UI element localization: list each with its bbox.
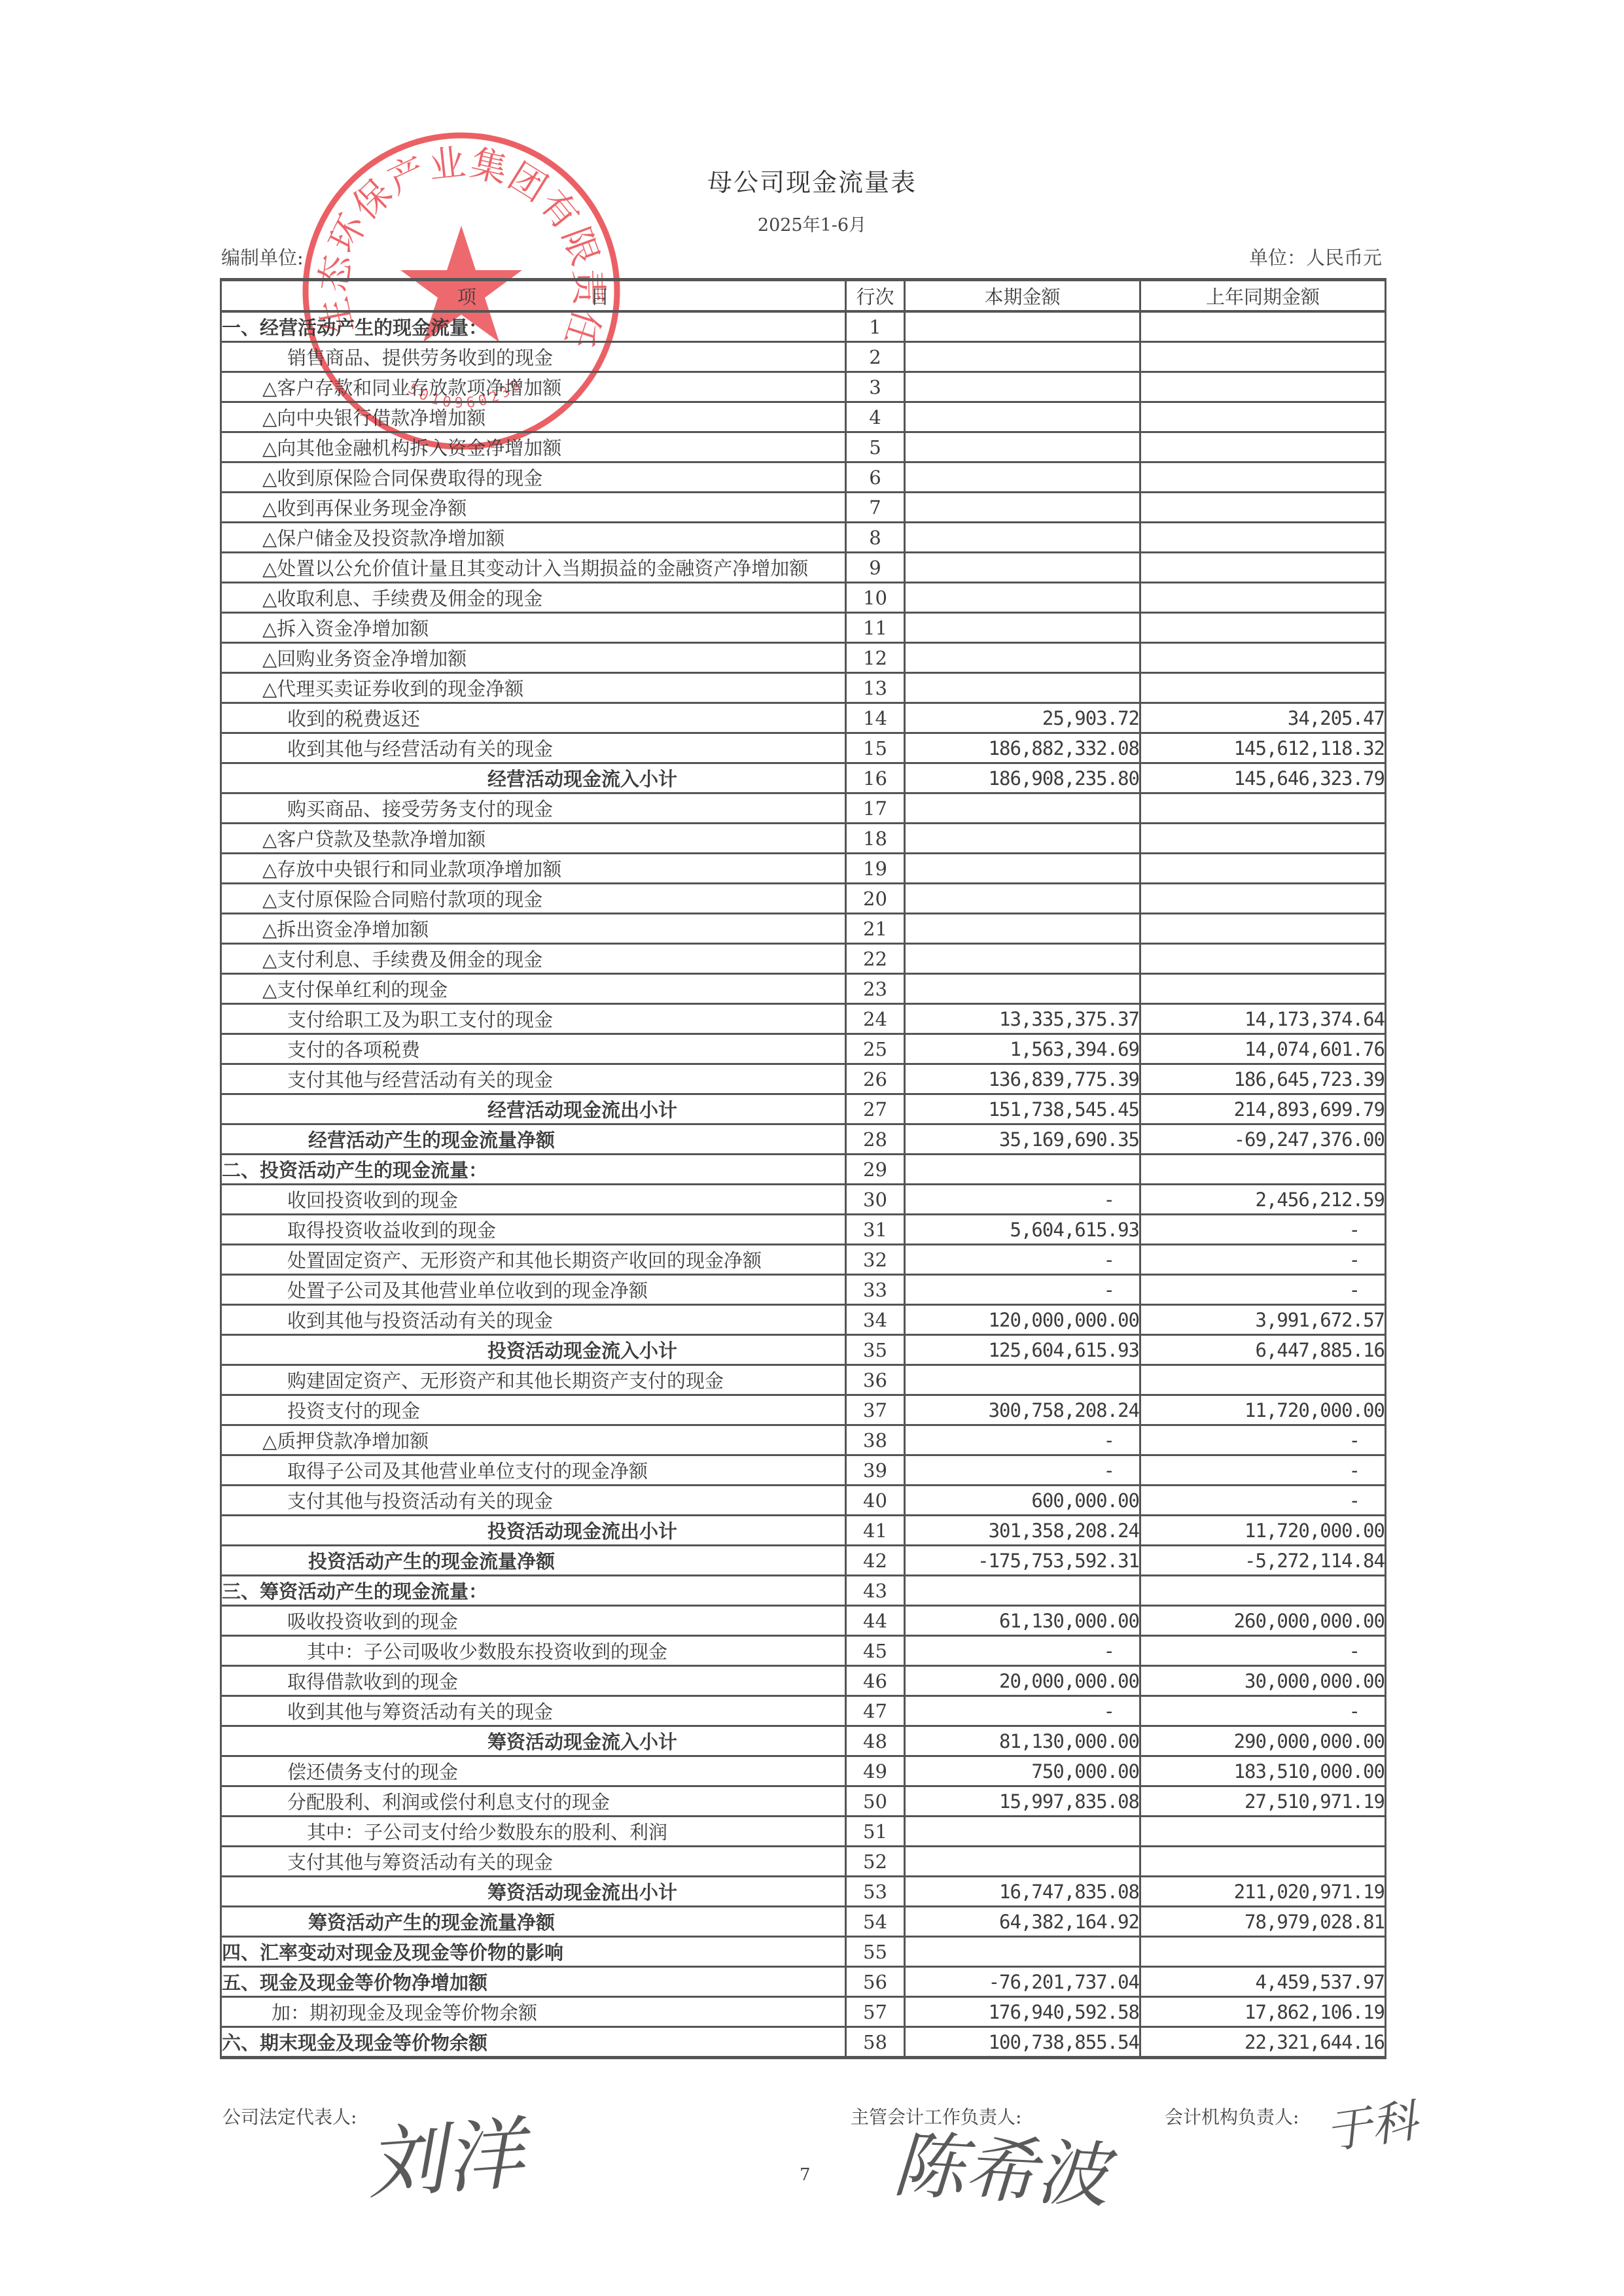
row-prior-amount: 145,646,323.79: [1140, 763, 1386, 793]
row-line-number: 12: [846, 643, 905, 673]
row-item-label: 支付其他与经营活动有关的现金: [221, 1064, 846, 1094]
row-prior-amount: -: [1140, 1215, 1386, 1245]
row-prior-amount: -69,247,376.00: [1140, 1124, 1386, 1155]
row-prior-amount: [1140, 854, 1386, 884]
row-line-number: 51: [846, 1817, 905, 1847]
row-item-label: 偿还债务支付的现金: [221, 1756, 846, 1786]
row-line-number: 26: [846, 1064, 905, 1094]
row-item-label: 收到其他与投资活动有关的现金: [221, 1305, 846, 1335]
row-item-label: 其中：子公司支付给少数股东的股利、利润: [221, 1817, 846, 1847]
report-period: 2025年1-6月: [0, 211, 1624, 236]
table-row: △处置以公允价值计量且其变动计入当期损益的金融资产净增加额9: [221, 553, 1386, 583]
table-row: △支付保单红利的现金23: [221, 974, 1386, 1004]
row-prior-amount: [1140, 1155, 1386, 1185]
row-line-number: 34: [846, 1305, 905, 1335]
currency-unit-label: 单位：人民币元: [1249, 243, 1382, 270]
legal-rep-signature: 刘洋: [362, 2091, 527, 2214]
row-line-number: 35: [846, 1335, 905, 1365]
table-row: 购建固定资产、无形资产和其他长期资产支付的现金36: [221, 1365, 1386, 1395]
table-row: 购买商品、接受劳务支付的现金17: [221, 793, 1386, 824]
row-current-amount: 81,130,000.00: [905, 1726, 1140, 1756]
table-row: 支付其他与筹资活动有关的现金52: [221, 1847, 1386, 1877]
row-prior-amount: [1140, 673, 1386, 703]
row-prior-amount: 22,321,644.16: [1140, 2027, 1386, 2058]
table-row: △回购业务资金净增加额12: [221, 643, 1386, 673]
table-row: △客户存款和同业存放款项净增加额3: [221, 372, 1386, 402]
table-row: 取得子公司及其他营业单位支付的现金净额39--: [221, 1455, 1386, 1486]
row-line-number: 30: [846, 1185, 905, 1215]
row-prior-amount: [1140, 824, 1386, 854]
row-line-number: 10: [846, 583, 905, 613]
table-row: △支付利息、手续费及佣金的现金22: [221, 944, 1386, 974]
row-prior-amount: -: [1140, 1636, 1386, 1666]
row-current-amount: [905, 553, 1140, 583]
row-item-label: 经营活动现金流入小计: [221, 763, 846, 793]
header-item: 项 目: [221, 280, 846, 312]
row-line-number: 2: [846, 342, 905, 372]
table-row: 偿还债务支付的现金49750,000.00183,510,000.00: [221, 1756, 1386, 1786]
row-item-label: △收到原保险合同保费取得的现金: [221, 462, 846, 493]
row-item-label: 六、期末现金及现金等价物余额: [221, 2027, 846, 2058]
row-prior-amount: 186,645,723.39: [1140, 1064, 1386, 1094]
row-prior-amount: 6,447,885.16: [1140, 1335, 1386, 1365]
row-line-number: 1: [846, 311, 905, 342]
table-row: 取得投资收益收到的现金315,604,615.93-: [221, 1215, 1386, 1245]
row-prior-amount: [1140, 1937, 1386, 1967]
document-title: 母公司现金流量表: [0, 162, 1624, 198]
row-current-amount: [905, 462, 1140, 493]
row-item-label: 支付给职工及为职工支付的现金: [221, 1004, 846, 1034]
accounting-dept-signature: 于科: [1321, 2084, 1421, 2163]
table-row: 收回投资收到的现金30-2,456,212.59: [221, 1185, 1386, 1215]
row-item-label: △质押贷款净增加额: [221, 1425, 846, 1455]
table-row: 投资支付的现金37300,758,208.2411,720,000.00: [221, 1395, 1386, 1425]
table-row: 一、经营活动产生的现金流量：1: [221, 311, 1386, 342]
row-item-label: 投资支付的现金: [221, 1395, 846, 1425]
row-item-label: 收到的税费返还: [221, 703, 846, 733]
row-item-label: △保户储金及投资款净增加额: [221, 523, 846, 553]
row-prior-amount: 11,720,000.00: [1140, 1395, 1386, 1425]
row-item-label: 分配股利、利润或偿付利息支付的现金: [221, 1786, 846, 1817]
table-row: △拆入资金净增加额11: [221, 613, 1386, 643]
table-row: △代理买卖证券收到的现金净额13: [221, 673, 1386, 703]
row-current-amount: [905, 944, 1140, 974]
row-current-amount: 176,940,592.58: [905, 1997, 1140, 2027]
row-item-label: 取得投资收益收到的现金: [221, 1215, 846, 1245]
table-row: 取得借款收到的现金4620,000,000.0030,000,000.00: [221, 1666, 1386, 1696]
header-current-amount: 本期金额: [905, 280, 1140, 312]
row-current-amount: [905, 523, 1140, 553]
table-header-row: 项 目 行次 本期金额 上年同期金额: [221, 280, 1386, 312]
row-line-number: 42: [846, 1546, 905, 1576]
row-prior-amount: [1140, 372, 1386, 402]
row-current-amount: 600,000.00: [905, 1486, 1140, 1516]
row-item-label: 加：期初现金及现金等价物余额: [221, 1997, 846, 2027]
row-item-label: △存放中央银行和同业款项净增加额: [221, 854, 846, 884]
row-prior-amount: [1140, 974, 1386, 1004]
row-current-amount: [905, 402, 1140, 432]
row-line-number: 11: [846, 613, 905, 643]
row-current-amount: 35,169,690.35: [905, 1124, 1140, 1155]
row-item-label: 购建固定资产、无形资产和其他长期资产支付的现金: [221, 1365, 846, 1395]
accounting-dept-label: 会计机构负责人:: [1165, 2103, 1299, 2129]
row-item-label: △支付利息、手续费及佣金的现金: [221, 944, 846, 974]
row-prior-amount: [1140, 493, 1386, 523]
table-row: 收到其他与投资活动有关的现金34120,000,000.003,991,672.…: [221, 1305, 1386, 1335]
row-prior-amount: 260,000,000.00: [1140, 1606, 1386, 1636]
row-prior-amount: -: [1140, 1455, 1386, 1486]
table-row: 筹资活动现金流入小计4881,130,000.00290,000,000.00: [221, 1726, 1386, 1756]
row-item-label: 其中：子公司吸收少数股东投资收到的现金: [221, 1636, 846, 1666]
row-prior-amount: [1140, 1817, 1386, 1847]
row-line-number: 56: [846, 1967, 905, 1997]
row-prior-amount: 14,074,601.76: [1140, 1034, 1386, 1064]
row-current-amount: 5,604,615.93: [905, 1215, 1140, 1245]
row-current-amount: [905, 1847, 1140, 1877]
row-item-label: △向中央银行借款净增加额: [221, 402, 846, 432]
row-current-amount: [905, 1155, 1140, 1185]
row-line-number: 15: [846, 733, 905, 763]
row-line-number: 37: [846, 1395, 905, 1425]
row-prior-amount: [1140, 613, 1386, 643]
row-item-label: 收到其他与经营活动有关的现金: [221, 733, 846, 763]
row-current-amount: -: [905, 1696, 1140, 1726]
row-line-number: 54: [846, 1907, 905, 1937]
row-current-amount: -: [905, 1425, 1140, 1455]
page-number: 7: [800, 2165, 811, 2185]
table-row: 四、汇率变动对现金及现金等价物的影响55: [221, 1937, 1386, 1967]
row-item-label: 筹资活动现金流入小计: [221, 1726, 846, 1756]
row-current-amount: [905, 793, 1140, 824]
row-line-number: 13: [846, 673, 905, 703]
table-row: △存放中央银行和同业款项净增加额19: [221, 854, 1386, 884]
row-line-number: 47: [846, 1696, 905, 1726]
row-line-number: 38: [846, 1425, 905, 1455]
row-current-amount: 15,997,835.08: [905, 1786, 1140, 1817]
row-prior-amount: 211,020,971.19: [1140, 1877, 1386, 1907]
row-prior-amount: 11,720,000.00: [1140, 1516, 1386, 1546]
row-item-label: 收到其他与筹资活动有关的现金: [221, 1696, 846, 1726]
row-item-label: △处置以公允价值计量且其变动计入当期损益的金融资产净增加额: [221, 553, 846, 583]
row-prior-amount: 2,456,212.59: [1140, 1185, 1386, 1215]
row-item-label: 销售商品、提供劳务收到的现金: [221, 342, 846, 372]
row-current-amount: 20,000,000.00: [905, 1666, 1140, 1696]
row-item-label: 经营活动产生的现金流量净额: [221, 1124, 846, 1155]
table-row: 处置固定资产、无形资产和其他长期资产收回的现金净额32--: [221, 1245, 1386, 1275]
row-item-label: 筹资活动现金流出小计: [221, 1877, 846, 1907]
table-row: △支付原保险合同赔付款项的现金20: [221, 884, 1386, 914]
row-current-amount: [905, 884, 1140, 914]
row-item-label: 二、投资活动产生的现金流量：: [221, 1155, 846, 1185]
row-current-amount: -: [905, 1245, 1140, 1275]
table-row: 收到其他与经营活动有关的现金15186,882,332.08145,612,11…: [221, 733, 1386, 763]
row-current-amount: 151,738,545.45: [905, 1094, 1140, 1124]
row-line-number: 18: [846, 824, 905, 854]
table-row: △质押贷款净增加额38--: [221, 1425, 1386, 1455]
row-current-amount: -: [905, 1636, 1140, 1666]
row-line-number: 27: [846, 1094, 905, 1124]
row-item-label: 支付其他与投资活动有关的现金: [221, 1486, 846, 1516]
table-row: △拆出资金净增加额21: [221, 914, 1386, 944]
row-item-label: 支付的各项税费: [221, 1034, 846, 1064]
row-item-label: 经营活动现金流出小计: [221, 1094, 846, 1124]
table-row: 处置子公司及其他营业单位收到的现金净额33--: [221, 1275, 1386, 1305]
table-row: △收到原保险合同保费取得的现金6: [221, 462, 1386, 493]
cash-flow-table: 项 目 行次 本期金额 上年同期金额 一、经营活动产生的现金流量：1销售商品、提…: [220, 278, 1386, 2059]
table-row: 筹资活动产生的现金流量净额5464,382,164.9278,979,028.8…: [221, 1907, 1386, 1937]
table-row: 支付其他与经营活动有关的现金26136,839,775.39186,645,72…: [221, 1064, 1386, 1094]
row-line-number: 53: [846, 1877, 905, 1907]
row-prior-amount: -: [1140, 1486, 1386, 1516]
row-line-number: 57: [846, 1997, 905, 2027]
row-current-amount: [905, 613, 1140, 643]
row-current-amount: 120,000,000.00: [905, 1305, 1140, 1335]
header-line-no: 行次: [846, 280, 905, 312]
row-current-amount: [905, 1937, 1140, 1967]
row-line-number: 3: [846, 372, 905, 402]
table-row: △收到再保业务现金净额7: [221, 493, 1386, 523]
row-current-amount: [905, 372, 1140, 402]
row-line-number: 22: [846, 944, 905, 974]
row-current-amount: [905, 854, 1140, 884]
row-prior-amount: 4,459,537.97: [1140, 1967, 1386, 1997]
row-line-number: 29: [846, 1155, 905, 1185]
table-row: △收取利息、手续费及佣金的现金10: [221, 583, 1386, 613]
row-item-label: △支付原保险合同赔付款项的现金: [221, 884, 846, 914]
row-current-amount: [905, 974, 1140, 1004]
row-current-amount: [905, 432, 1140, 462]
row-current-amount: 13,335,375.37: [905, 1004, 1140, 1034]
table-row: 其中：子公司支付给少数股东的股利、利润51: [221, 1817, 1386, 1847]
row-line-number: 21: [846, 914, 905, 944]
table-row: 投资活动现金流出小计41301,358,208.2411,720,000.00: [221, 1516, 1386, 1546]
row-current-amount: -: [905, 1275, 1140, 1305]
row-item-label: 处置子公司及其他营业单位收到的现金净额: [221, 1275, 846, 1305]
row-current-amount: [905, 643, 1140, 673]
row-line-number: 36: [846, 1365, 905, 1395]
row-prior-amount: 145,612,118.32: [1140, 733, 1386, 763]
row-line-number: 5: [846, 432, 905, 462]
row-line-number: 52: [846, 1847, 905, 1877]
row-current-amount: 61,130,000.00: [905, 1606, 1140, 1636]
row-line-number: 20: [846, 884, 905, 914]
row-current-amount: 300,758,208.24: [905, 1395, 1140, 1425]
table-row: 吸收投资收到的现金4461,130,000.00260,000,000.00: [221, 1606, 1386, 1636]
row-prior-amount: [1140, 643, 1386, 673]
row-line-number: 33: [846, 1275, 905, 1305]
row-line-number: 8: [846, 523, 905, 553]
row-prior-amount: -5,272,114.84: [1140, 1546, 1386, 1576]
row-prior-amount: 30,000,000.00: [1140, 1666, 1386, 1696]
table-row: 五、现金及现金等价物净增加额56-76,201,737.044,459,537.…: [221, 1967, 1386, 1997]
row-current-amount: 136,839,775.39: [905, 1064, 1140, 1094]
table-row: 支付给职工及为职工支付的现金2413,335,375.3714,173,374.…: [221, 1004, 1386, 1034]
row-item-label: 投资活动现金流出小计: [221, 1516, 846, 1546]
row-item-label: 吸收投资收到的现金: [221, 1606, 846, 1636]
row-prior-amount: [1140, 523, 1386, 553]
row-current-amount: 186,882,332.08: [905, 733, 1140, 763]
table-row: 三、筹资活动产生的现金流量：43: [221, 1576, 1386, 1606]
row-line-number: 58: [846, 2027, 905, 2058]
row-prior-amount: -: [1140, 1696, 1386, 1726]
row-item-label: 收回投资收到的现金: [221, 1185, 846, 1215]
row-line-number: 28: [846, 1124, 905, 1155]
row-current-amount: 16,747,835.08: [905, 1877, 1140, 1907]
row-item-label: △支付保单红利的现金: [221, 974, 846, 1004]
row-prior-amount: 34,205.47: [1140, 703, 1386, 733]
row-current-amount: [905, 342, 1140, 372]
table-row: 经营活动现金流入小计16186,908,235.80145,646,323.79: [221, 763, 1386, 793]
row-prior-amount: 17,862,106.19: [1140, 1997, 1386, 2027]
table-row: 六、期末现金及现金等价物余额58100,738,855.5422,321,644…: [221, 2027, 1386, 2058]
row-item-label: △回购业务资金净增加额: [221, 643, 846, 673]
table-row: 支付的各项税费251,563,394.6914,074,601.76: [221, 1034, 1386, 1064]
row-item-label: 筹资活动产生的现金流量净额: [221, 1907, 846, 1937]
row-current-amount: [905, 914, 1140, 944]
row-current-amount: [905, 824, 1140, 854]
table-row: 投资活动产生的现金流量净额42-175,753,592.31-5,272,114…: [221, 1546, 1386, 1576]
row-prior-amount: 27,510,971.19: [1140, 1786, 1386, 1817]
row-current-amount: -76,201,737.04: [905, 1967, 1140, 1997]
row-item-label: 三、筹资活动产生的现金流量：: [221, 1576, 846, 1606]
row-prior-amount: 183,510,000.00: [1140, 1756, 1386, 1786]
table-row: 投资活动现金流入小计35125,604,615.936,447,885.16: [221, 1335, 1386, 1365]
row-current-amount: -: [905, 1455, 1140, 1486]
row-current-amount: [905, 493, 1140, 523]
row-item-label: △向其他金融机构拆入资金净增加额: [221, 432, 846, 462]
row-line-number: 41: [846, 1516, 905, 1546]
row-line-number: 39: [846, 1455, 905, 1486]
row-prior-amount: -: [1140, 1275, 1386, 1305]
row-line-number: 4: [846, 402, 905, 432]
table-row: 经营活动现金流出小计27151,738,545.45214,893,699.79: [221, 1094, 1386, 1124]
row-line-number: 25: [846, 1034, 905, 1064]
row-item-label: 投资活动现金流入小计: [221, 1335, 846, 1365]
row-prior-amount: 290,000,000.00: [1140, 1726, 1386, 1756]
row-item-label: 四、汇率变动对现金及现金等价物的影响: [221, 1937, 846, 1967]
row-prior-amount: [1140, 884, 1386, 914]
row-prior-amount: 78,979,028.81: [1140, 1907, 1386, 1937]
row-item-label: 处置固定资产、无形资产和其他长期资产收回的现金净额: [221, 1245, 846, 1275]
row-line-number: 19: [846, 854, 905, 884]
header-prior-amount: 上年同期金额: [1140, 280, 1386, 312]
row-line-number: 14: [846, 703, 905, 733]
row-line-number: 40: [846, 1486, 905, 1516]
row-current-amount: 1,563,394.69: [905, 1034, 1140, 1064]
row-current-amount: 64,382,164.92: [905, 1907, 1140, 1937]
row-current-amount: 100,738,855.54: [905, 2027, 1140, 2058]
row-line-number: 43: [846, 1576, 905, 1606]
row-item-label: △拆出资金净增加额: [221, 914, 846, 944]
table-row: 其中：子公司吸收少数股东投资收到的现金45--: [221, 1636, 1386, 1666]
table-body: 一、经营活动产生的现金流量：1销售商品、提供劳务收到的现金2△客户存款和同业存放…: [221, 311, 1386, 2058]
row-current-amount: -: [905, 1185, 1140, 1215]
row-line-number: 17: [846, 793, 905, 824]
row-line-number: 24: [846, 1004, 905, 1034]
row-line-number: 16: [846, 763, 905, 793]
table-row: △向中央银行借款净增加额4: [221, 402, 1386, 432]
row-prior-amount: [1140, 311, 1386, 342]
row-line-number: 48: [846, 1726, 905, 1756]
table-row: △客户贷款及垫款净增加额18: [221, 824, 1386, 854]
row-item-label: 一、经营活动产生的现金流量：: [221, 311, 846, 342]
row-line-number: 31: [846, 1215, 905, 1245]
row-prior-amount: [1140, 1576, 1386, 1606]
row-item-label: 取得借款收到的现金: [221, 1666, 846, 1696]
row-prior-amount: [1140, 402, 1386, 432]
row-prior-amount: [1140, 1365, 1386, 1395]
row-current-amount: 186,908,235.80: [905, 763, 1140, 793]
row-line-number: 50: [846, 1786, 905, 1817]
row-prior-amount: [1140, 432, 1386, 462]
row-item-label: △收取利息、手续费及佣金的现金: [221, 583, 846, 613]
row-current-amount: 750,000.00: [905, 1756, 1140, 1786]
row-item-label: 购买商品、接受劳务支付的现金: [221, 793, 846, 824]
row-line-number: 6: [846, 462, 905, 493]
row-prior-amount: [1140, 944, 1386, 974]
table-row: 经营活动产生的现金流量净额2835,169,690.35-69,247,376.…: [221, 1124, 1386, 1155]
row-prior-amount: [1140, 914, 1386, 944]
prepared-by-label: 编制单位:: [221, 243, 304, 270]
row-item-label: 取得子公司及其他营业单位支付的现金净额: [221, 1455, 846, 1486]
row-prior-amount: 14,173,374.64: [1140, 1004, 1386, 1034]
row-prior-amount: 214,893,699.79: [1140, 1094, 1386, 1124]
row-line-number: 46: [846, 1666, 905, 1696]
row-line-number: 32: [846, 1245, 905, 1275]
row-current-amount: [905, 1576, 1140, 1606]
row-prior-amount: -: [1140, 1425, 1386, 1455]
row-current-amount: [905, 673, 1140, 703]
table-row: 收到的税费返还1425,903.7234,205.47: [221, 703, 1386, 733]
row-prior-amount: [1140, 583, 1386, 613]
row-current-amount: [905, 1365, 1140, 1395]
row-prior-amount: [1140, 342, 1386, 372]
row-prior-amount: 3,991,672.57: [1140, 1305, 1386, 1335]
row-item-label: 支付其他与筹资活动有关的现金: [221, 1847, 846, 1877]
row-item-label: △收到再保业务现金净额: [221, 493, 846, 523]
row-item-label: △拆入资金净增加额: [221, 613, 846, 643]
table-row: 收到其他与筹资活动有关的现金47--: [221, 1696, 1386, 1726]
table-row: △保户储金及投资款净增加额8: [221, 523, 1386, 553]
row-line-number: 45: [846, 1636, 905, 1666]
row-prior-amount: [1140, 1847, 1386, 1877]
row-line-number: 23: [846, 974, 905, 1004]
row-line-number: 55: [846, 1937, 905, 1967]
row-current-amount: [905, 1817, 1140, 1847]
row-line-number: 44: [846, 1606, 905, 1636]
row-current-amount: [905, 311, 1140, 342]
table-row: 加：期初现金及现金等价物余额57176,940,592.5817,862,106…: [221, 1997, 1386, 2027]
row-prior-amount: [1140, 462, 1386, 493]
row-item-label: 投资活动产生的现金流量净额: [221, 1546, 846, 1576]
row-prior-amount: [1140, 553, 1386, 583]
row-current-amount: 301,358,208.24: [905, 1516, 1140, 1546]
row-prior-amount: [1140, 793, 1386, 824]
row-line-number: 7: [846, 493, 905, 523]
table-row: 支付其他与投资活动有关的现金40600,000.00-: [221, 1486, 1386, 1516]
row-line-number: 9: [846, 553, 905, 583]
accounting-head-signature: 陈希波: [891, 2107, 1112, 2221]
row-item-label: △客户贷款及垫款净增加额: [221, 824, 846, 854]
row-item-label: △代理买卖证券收到的现金净额: [221, 673, 846, 703]
row-current-amount: [905, 583, 1140, 613]
table-row: 销售商品、提供劳务收到的现金2: [221, 342, 1386, 372]
table-row: 分配股利、利润或偿付利息支付的现金5015,997,835.0827,510,9…: [221, 1786, 1386, 1817]
table-row: 筹资活动现金流出小计5316,747,835.08211,020,971.19: [221, 1877, 1386, 1907]
legal-rep-label: 公司法定代表人:: [222, 2103, 357, 2129]
row-item-label: 五、现金及现金等价物净增加额: [221, 1967, 846, 1997]
row-current-amount: 25,903.72: [905, 703, 1140, 733]
